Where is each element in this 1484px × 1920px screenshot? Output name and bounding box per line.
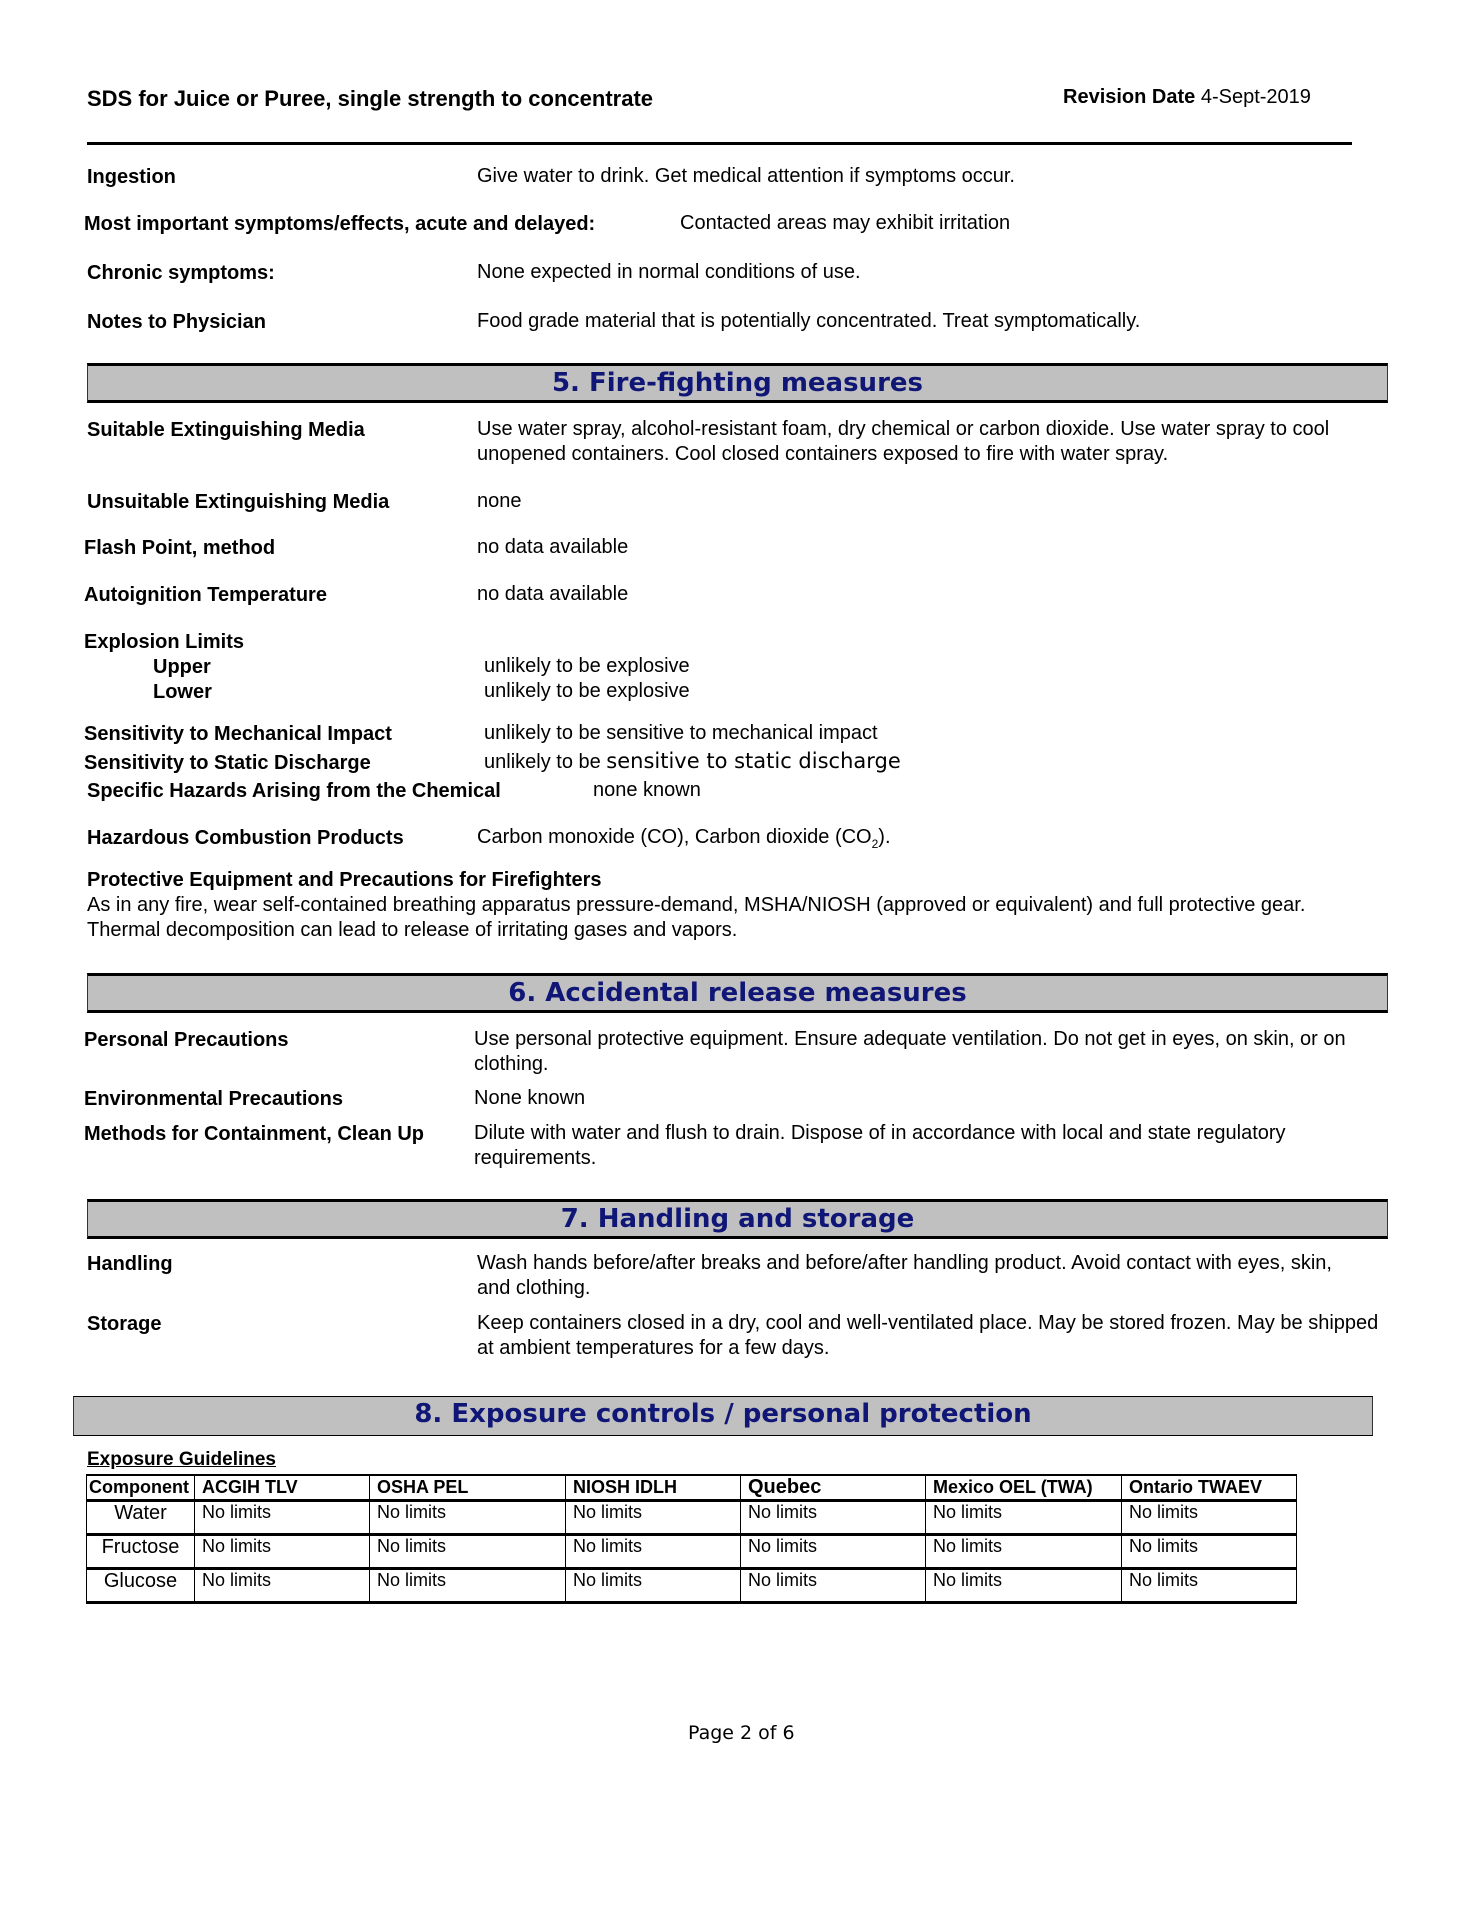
table-cell: No limits bbox=[1122, 1501, 1297, 1535]
component-cell: Water bbox=[87, 1501, 195, 1535]
column-header: ACGIH TLV bbox=[195, 1475, 370, 1501]
flash-point-label: Flash Point, method bbox=[84, 537, 275, 560]
storage-label: Storage bbox=[87, 1313, 161, 1336]
protective-equipment-value: As in any fire, wear self-contained brea… bbox=[87, 893, 1377, 943]
section-5-header: 5. Fire-fighting measures bbox=[87, 363, 1388, 403]
exposure-guidelines-label: Exposure Guidelines bbox=[87, 1449, 276, 1471]
table-cell: No limits bbox=[926, 1535, 1122, 1569]
storage-value: Keep containers closed in a dry, cool an… bbox=[477, 1311, 1387, 1361]
table-cell: No limits bbox=[741, 1569, 926, 1603]
revision-date-value: 4-Sept-2019 bbox=[1201, 86, 1311, 108]
ingestion-label: Ingestion bbox=[87, 166, 176, 189]
explosion-limits-label: Explosion Limits bbox=[84, 631, 244, 654]
section-8-header: 8. Exposure controls / personal protecti… bbox=[73, 1396, 1373, 1436]
mechanical-impact-label: Sensitivity to Mechanical Impact bbox=[84, 723, 392, 746]
autoignition-value: no data available bbox=[477, 582, 628, 607]
table-cell: No limits bbox=[195, 1501, 370, 1535]
suitable-media-value: Use water spray, alcohol-resistant foam,… bbox=[477, 417, 1357, 467]
component-cell: Glucose bbox=[87, 1569, 195, 1603]
table-row: Water No limits No limits No limits No l… bbox=[87, 1501, 1297, 1535]
column-header: Component bbox=[87, 1475, 195, 1501]
table-cell: No limits bbox=[566, 1569, 741, 1603]
static-discharge-value-b: sensitive to static discharge bbox=[606, 749, 900, 773]
table-cell: No limits bbox=[926, 1569, 1122, 1603]
mechanical-impact-value: unlikely to be sensitive to mechanical i… bbox=[484, 721, 878, 746]
protective-equipment-label: Protective Equipment and Precautions for… bbox=[87, 869, 602, 892]
flash-point-value: no data available bbox=[477, 535, 628, 560]
table-cell: No limits bbox=[370, 1569, 566, 1603]
static-discharge-value: unlikely to be sensitive to static disch… bbox=[484, 749, 901, 775]
handling-label: Handling bbox=[87, 1253, 173, 1276]
table-cell: No limits bbox=[1122, 1569, 1297, 1603]
column-header: NIOSH IDLH bbox=[566, 1475, 741, 1501]
table-cell: No limits bbox=[370, 1501, 566, 1535]
revision-label: Revision Date bbox=[1063, 86, 1195, 108]
combustion-value-a: Carbon monoxide (CO), Carbon dioxide (CO bbox=[477, 826, 872, 848]
exposure-guidelines-table: Component ACGIH TLV OSHA PEL NIOSH IDLH … bbox=[86, 1474, 1297, 1604]
combustion-value-b: ). bbox=[878, 826, 890, 848]
header-divider bbox=[87, 142, 1352, 145]
upper-limit-value: unlikely to be explosive bbox=[484, 654, 690, 679]
table-row: Glucose No limits No limits No limits No… bbox=[87, 1569, 1297, 1603]
combustion-products-label: Hazardous Combustion Products bbox=[87, 827, 404, 850]
table-header-row: Component ACGIH TLV OSHA PEL NIOSH IDLH … bbox=[87, 1475, 1297, 1501]
physician-value: Food grade material that is potentially … bbox=[477, 309, 1140, 334]
personal-precautions-label: Personal Precautions bbox=[84, 1029, 289, 1052]
column-header: Mexico OEL (TWA) bbox=[926, 1475, 1122, 1501]
section-8-title: 8. Exposure controls / personal protecti… bbox=[414, 1399, 1031, 1429]
page-number: Page 2 of 6 bbox=[688, 1722, 795, 1744]
table-cell: No limits bbox=[195, 1569, 370, 1603]
containment-label: Methods for Containment, Clean Up bbox=[84, 1123, 424, 1146]
table-cell: No limits bbox=[926, 1501, 1122, 1535]
symptoms-value: Contacted areas may exhibit irritation bbox=[680, 211, 1010, 236]
table-cell: No limits bbox=[195, 1535, 370, 1569]
environmental-precautions-value: None known bbox=[474, 1086, 585, 1111]
document-title: SDS for Juice or Puree, single strength … bbox=[87, 86, 653, 112]
autoignition-label: Autoignition Temperature bbox=[84, 584, 327, 607]
specific-hazards-label: Specific Hazards Arising from the Chemic… bbox=[87, 780, 501, 803]
column-header: Quebec bbox=[741, 1475, 926, 1501]
column-header: Ontario TWAEV bbox=[1122, 1475, 1297, 1501]
table-row: Fructose No limits No limits No limits N… bbox=[87, 1535, 1297, 1569]
chronic-label: Chronic symptoms: bbox=[87, 262, 275, 285]
section-6-title: 6. Accidental release measures bbox=[508, 978, 966, 1008]
lower-limit-label: Lower bbox=[153, 681, 212, 704]
section-7-title: 7. Handling and storage bbox=[561, 1204, 915, 1234]
specific-hazards-value: none known bbox=[593, 778, 701, 803]
table-cell: No limits bbox=[1122, 1535, 1297, 1569]
table-cell: No limits bbox=[566, 1501, 741, 1535]
unsuitable-media-value: none bbox=[477, 489, 522, 514]
table-cell: No limits bbox=[370, 1535, 566, 1569]
personal-precautions-value: Use personal protective equipment. Ensur… bbox=[474, 1027, 1414, 1077]
upper-limit-label: Upper bbox=[153, 656, 211, 679]
table-cell: No limits bbox=[741, 1501, 926, 1535]
revision-date: Revision Date 4-Sept-2019 bbox=[1063, 86, 1311, 109]
combustion-products-value: Carbon monoxide (CO), Carbon dioxide (CO… bbox=[477, 825, 891, 857]
suitable-media-label: Suitable Extinguishing Media bbox=[87, 419, 365, 442]
section-6-header: 6. Accidental release measures bbox=[87, 973, 1388, 1013]
containment-value: Dilute with water and flush to drain. Di… bbox=[474, 1121, 1374, 1171]
chronic-value: None expected in normal conditions of us… bbox=[477, 260, 861, 285]
symptoms-label: Most important symptoms/effects, acute a… bbox=[84, 213, 595, 236]
table-cell: No limits bbox=[741, 1535, 926, 1569]
static-discharge-value-a: unlikely to be bbox=[484, 751, 606, 773]
table-cell: No limits bbox=[566, 1535, 741, 1569]
lower-limit-value: unlikely to be explosive bbox=[484, 679, 690, 704]
handling-value: Wash hands before/after breaks and befor… bbox=[477, 1251, 1357, 1301]
ingestion-value: Give water to drink. Get medical attenti… bbox=[477, 164, 1015, 189]
component-cell: Fructose bbox=[87, 1535, 195, 1569]
unsuitable-media-label: Unsuitable Extinguishing Media bbox=[87, 491, 389, 514]
physician-label: Notes to Physician bbox=[87, 311, 266, 334]
column-header: OSHA PEL bbox=[370, 1475, 566, 1501]
section-5-title: 5. Fire-fighting measures bbox=[552, 368, 923, 398]
section-7-header: 7. Handling and storage bbox=[87, 1199, 1388, 1239]
static-discharge-label: Sensitivity to Static Discharge bbox=[84, 752, 371, 775]
environmental-precautions-label: Environmental Precautions bbox=[84, 1088, 343, 1111]
